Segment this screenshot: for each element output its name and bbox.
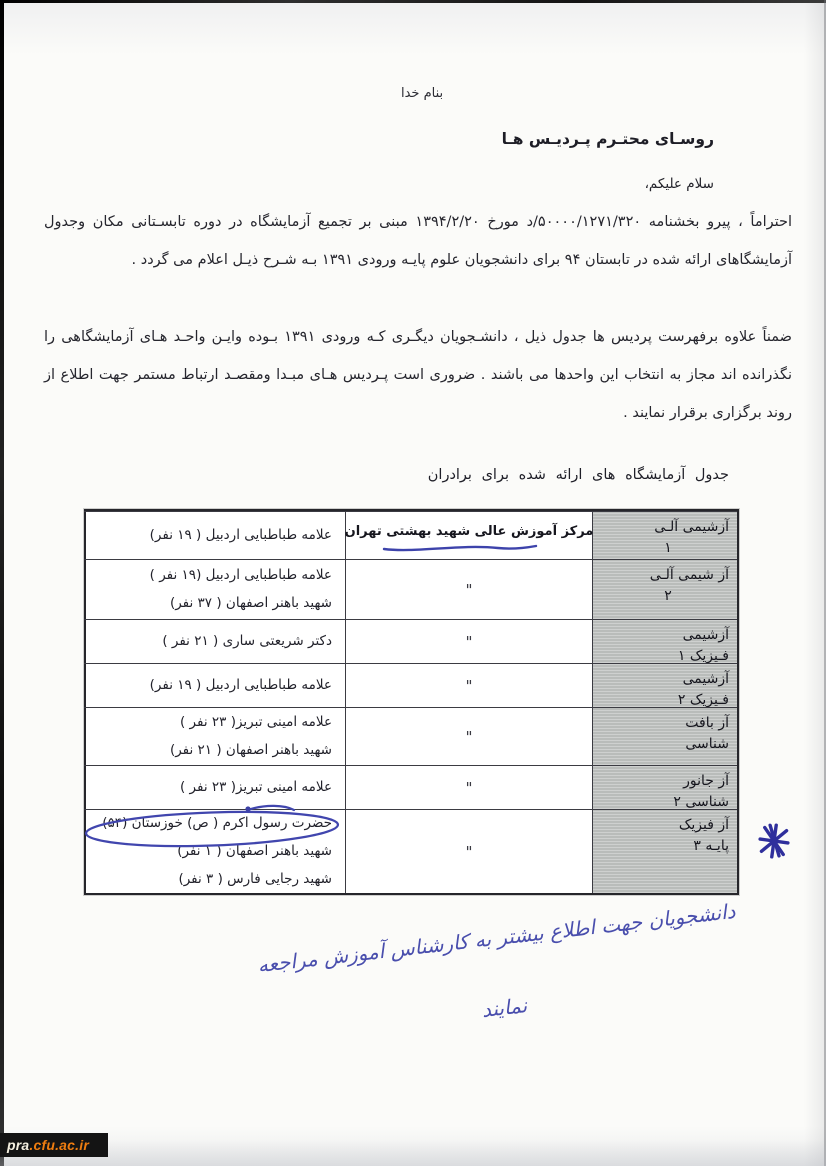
course-name: آزشیمی [597, 669, 729, 690]
course-cell: آزشیمی آلـی ۱ [592, 511, 737, 559]
watermark-suffix: .cfu.ac.ir [29, 1137, 89, 1153]
locations-cell: علامه طباطبایی اردبیل ( ۱۹ نفر) [84, 663, 345, 707]
course-name: آزشیمی [597, 625, 729, 646]
location-line: دکتر شریعتی ساری ( ۲۱ نفر ) [97, 632, 332, 651]
center-cell: " [345, 765, 592, 809]
location-line: شهید باهنر اصفهان ( ۳۷ نفر) [97, 594, 332, 613]
site-watermark: pra.cfu.ac.ir [0, 1133, 108, 1157]
course-name: آزشیمی آلـی [597, 517, 729, 538]
course-cell: آز جانور شناسی ۲ [592, 765, 737, 809]
locations-cell: علامه طباطبایی اردبیل (۱۹ نفر ) شهید باه… [84, 559, 345, 619]
center-cell: " [345, 559, 592, 619]
letter-greeting: سلام علیکم، [645, 176, 714, 192]
course-name: آز فیزیک [597, 815, 729, 836]
letter-salutation: روسـای محتـرم پـردیـس هـا [502, 130, 714, 148]
scan-edge-top [0, 0, 826, 3]
course-cell: آزشیمی فـیزیک ۲ [592, 663, 737, 707]
scanned-letter-page: بنام خدا روسـای محتـرم پـردیـس هـا سلام … [0, 0, 826, 1166]
course-name: آز جانور [597, 771, 729, 792]
locations-cell: علامه طباطبایی اردبیل ( ۱۹ نفر) [84, 511, 345, 559]
scan-edge-left [0, 0, 4, 1166]
asterisk-annotation [756, 822, 792, 860]
ditto-mark: " [464, 633, 473, 651]
course-cell: آز شیمی آلـی ۲ [592, 559, 737, 619]
course-number: ۲ [597, 586, 729, 607]
center-cell: " [345, 707, 592, 765]
handwritten-note: دانشجویان جهت اطلاع بیشتر به کارشناس آمو… [253, 876, 741, 1010]
ditto-mark: " [464, 581, 473, 599]
bismillah-heading: بنام خدا [401, 86, 443, 101]
location-line: علامه طباطبایی اردبیل ( ۱۹ نفر) [97, 526, 332, 545]
location-line: شهید رجایی فارس ( ۳ نفر) [97, 870, 332, 889]
location-line: علامه طباطبایی اردبیل ( ۱۹ نفر) [97, 676, 332, 695]
center-cell: " [345, 809, 592, 893]
course-number: پایـه ۳ [597, 836, 729, 857]
ditto-mark: " [464, 779, 473, 797]
ditto-mark: " [464, 677, 473, 695]
table-title: جدول آزمایشگاه های ارائه شده برای برادرا… [428, 467, 729, 483]
paragraph-1: احتراماً ، پیرو بخشنامه ۵۰۰۰۰/۱۲۷۱/۳۲۰/د… [44, 203, 792, 279]
ditto-mark: " [464, 728, 473, 746]
location-line-circled: حضرت رسول اکرم ( ص) خوزستان (۵۴) [97, 814, 332, 833]
location-line: شهید باهنر اصفهان ( ۱ نفر) [97, 842, 332, 861]
course-number: شناسی [597, 734, 729, 755]
labs-table: آزشیمی آلـی ۱ مرکز آموزش عالی شهید بهشتی… [84, 509, 739, 895]
course-number: ۱ [597, 538, 729, 559]
watermark-prefix: pra [7, 1137, 29, 1153]
locations-cell: علامه امینی تبریز( ۲۳ نفر ) [84, 765, 345, 809]
center-cell: مرکز آموزش عالی شهید بهشتی تهران [345, 511, 592, 559]
course-name: آز بافت [597, 713, 729, 734]
location-line: علامه امینی تبریز( ۲۳ نفر ) [97, 778, 332, 797]
locations-cell: حضرت رسول اکرم ( ص) خوزستان (۵۴) شهید با… [84, 809, 345, 893]
locations-cell: علامه امینی تبریز( ۲۳ نفر ) شهید باهنر ا… [84, 707, 345, 765]
course-name: آز شیمی آلـی [597, 565, 729, 586]
center-name: مرکز آموزش عالی شهید بهشتی تهران [345, 524, 594, 547]
location-line: علامه امینی تبریز( ۲۳ نفر ) [97, 713, 332, 732]
course-cell: آزشیمی فـیزیک ۱ [592, 619, 737, 663]
locations-cell: دکتر شریعتی ساری ( ۲۱ نفر ) [84, 619, 345, 663]
center-cell: " [345, 663, 592, 707]
ditto-mark: " [464, 843, 473, 861]
location-line: شهید باهنر اصفهان ( ۲۱ نفر) [97, 741, 332, 760]
location-line: علامه طباطبایی اردبیل (۱۹ نفر ) [97, 566, 332, 585]
scan-bottom-shade [0, 1140, 826, 1166]
course-cell: آز بافت شناسی [592, 707, 737, 765]
center-cell: " [345, 619, 592, 663]
paragraph-2: ضمناً علاوه برفهرست پردیس ها جدول ذیل ، … [44, 318, 792, 432]
